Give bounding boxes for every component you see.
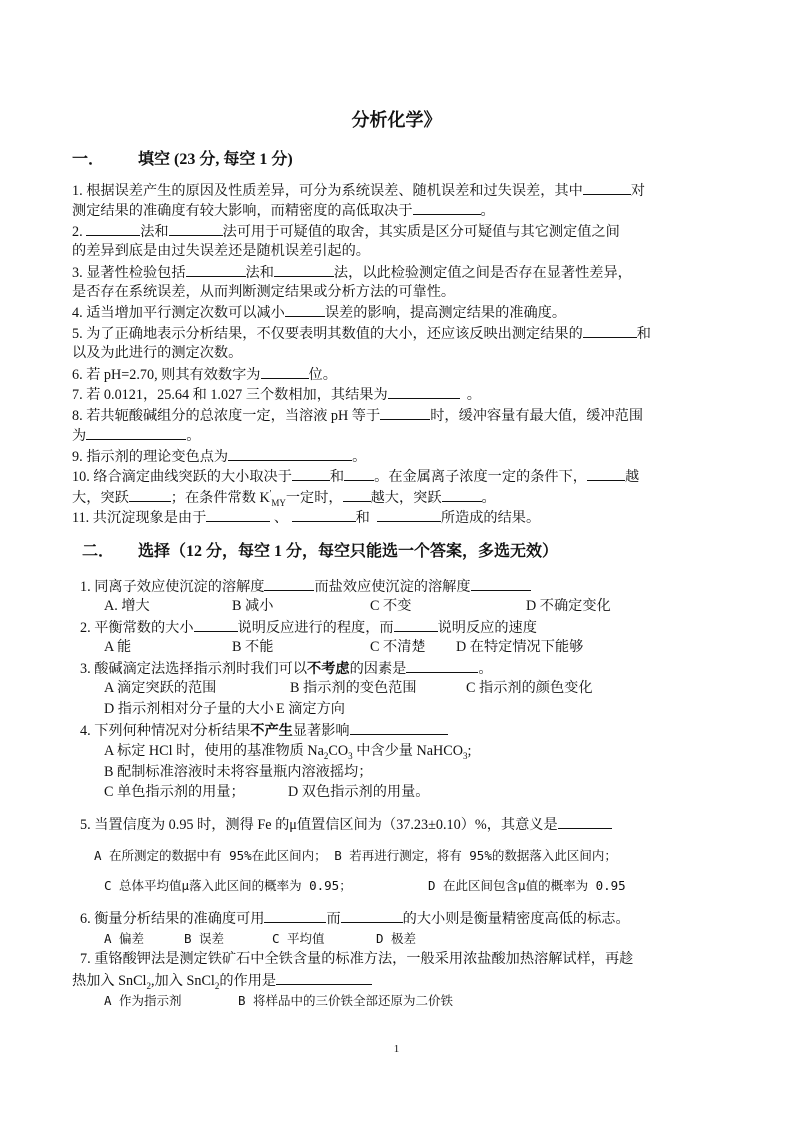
- answer-blank[interactable]: [388, 384, 460, 399]
- choice-q7-options: A 作为指示剂B 将样品中的三价铁全部还原为二价铁: [104, 991, 453, 1011]
- fill-q3-line1: 3. 显著性检验包括法和法，以此检验测定值之间是否存在显著性差异，: [72, 262, 632, 283]
- choice-q2-text: 说明反应的速度: [438, 620, 537, 636]
- choice-q3-options-row2: D 指示剂相对分子量的大小E 滴定方向: [104, 699, 345, 719]
- choice-q2-text: 说明反应进行的程度，而: [238, 620, 394, 636]
- answer-blank[interactable]: [206, 507, 270, 522]
- fill-q2-text: 法可用于可疑值的取舍，其实质是区分可疑值与其它测定值之间: [223, 224, 620, 240]
- fill-q11-text: 所造成的结果。: [441, 510, 540, 526]
- fill-q3-line2: 是否存在系统误差，从而判断测定结果或分析方法的可靠性。: [72, 282, 455, 302]
- option-d[interactable]: D 在此区间包含μ值的概率为 0.95: [428, 878, 626, 893]
- answer-blank[interactable]: [380, 405, 430, 420]
- choice-q5-options-row2: C 总体平均值μ落入此区间的概率为 0.95；D 在此区间包含μ值的概率为 0.…: [104, 876, 626, 896]
- fill-q1-line1: 1. 根据误差产生的原因及性质差异，可分为系统误差、随机误差和过失误差，其中对: [72, 180, 645, 201]
- choice-q6-stem: 6. 衡量分析结果的准确度可用而的大小则是衡量精密度高低的标志。: [80, 908, 630, 929]
- choice-q7-line2: 热加入 SnCl2,加入 SnCl2的作用是: [72, 970, 372, 991]
- answer-blank[interactable]: [194, 617, 238, 632]
- option-b[interactable]: B 误差: [184, 929, 272, 949]
- fill-q11-text: 11. 共沉淀现象是由于: [72, 510, 206, 526]
- answer-blank[interactable]: [442, 487, 482, 502]
- choice-q1-options: A. 增大B 减小C 不变D 不确定变化: [104, 596, 611, 616]
- fill-q10-text: 大，突跃: [72, 490, 129, 506]
- fill-q7: 7. 若 0.0121，25.64 和 1.027 三个数相加，其结果为 。: [72, 384, 481, 405]
- option-d[interactable]: D 双色指示剂的用量。: [288, 782, 429, 802]
- fill-q10-text: ；在条件常数 K: [171, 490, 270, 506]
- fill-q2-line1: 2. 法和法可用于可疑值的取舍，其实质是区分可疑值与其它测定值之间: [72, 221, 620, 242]
- section1-title: 填空 (23 分, 每空 1 分): [138, 151, 293, 168]
- fill-q2-text: 法和: [140, 224, 168, 240]
- fill-q5-line1: 5. 为了正确地表示分析结果，不仅要表明其数值的大小，还应该反映出测定结果的和: [72, 323, 651, 344]
- answer-blank[interactable]: [583, 180, 631, 195]
- option-b[interactable]: B 指示剂的变色范围: [290, 678, 466, 698]
- answer-blank[interactable]: [292, 507, 356, 522]
- choice-q4-options-row3: C 单色指示剂的用量；D 双色指示剂的用量。: [104, 782, 429, 802]
- choice-q1-text: 1. 同离子效应使沉淀的溶解度: [80, 579, 264, 595]
- fill-q4-text: 误差的影响，提高测定结果的准确度。: [325, 305, 566, 321]
- option-c[interactable]: C 单色指示剂的用量；: [104, 782, 288, 802]
- section2-heading: 二． 选择（12 分，每空 1 分，每空只能选一个答案，多选无效）: [82, 542, 558, 562]
- answer-blank[interactable]: [558, 814, 612, 829]
- fill-q8-text: 。: [186, 428, 200, 444]
- fill-q7-text: 7. 若 0.0121，25.64 和 1.027 三个数相加，其结果为: [72, 387, 388, 403]
- choice-q3-text: 的因素是: [350, 661, 407, 677]
- choice-q5-options-row1: A 在所测定的数据中有 95%在此区间内； B 若再进行测定，将有 95%的数据…: [94, 846, 617, 866]
- option-e[interactable]: E 滴定方向: [276, 699, 345, 719]
- fill-q10-line1: 10. 络合滴定曲线突跃的大小取决于和。在金属离子浓度一定的条件下，越: [72, 466, 639, 487]
- fill-q8-line1: 8. 若共轭酸碱组分的总浓度一定，当溶液 pH 等于时，缓冲容量有最大值，缓冲范…: [72, 405, 643, 426]
- choice-q3-emphasis: 不考虑: [307, 661, 350, 677]
- option-a[interactable]: A 在所测定的数据中有 95%在此区间内；: [94, 848, 327, 863]
- fill-q1-text: 1. 根据误差产生的原因及性质差异，可分为系统误差、随机误差和过失误差，其中: [72, 183, 583, 199]
- answer-blank[interactable]: [377, 507, 441, 522]
- section2-number: 二．: [82, 543, 114, 560]
- choice-q3-text: 3. 酸碱滴定法选择指示剂时我们可以: [80, 661, 307, 677]
- choice-q4-text: 显著影响: [293, 723, 350, 739]
- fill-q6-text: 6. 若 pH=2.70, 则其有效数字为: [72, 367, 261, 383]
- answer-blank[interactable]: [186, 262, 246, 277]
- choice-q7-text: 的作用是: [219, 973, 276, 989]
- choice-q7-line1: 7. 重铬酸钾法是测定铁矿石中全铁含量的标准方法，一般采用浓盐酸加热溶解试样，再…: [80, 949, 633, 969]
- answer-blank[interactable]: [261, 364, 309, 379]
- fill-q7-text: 。: [467, 387, 481, 403]
- fill-q11-text: 和: [356, 510, 370, 526]
- choice-q5-text: 5. 当置信度为 0.95 时，测得 Fe 的μ值置信区间为（37.23±0.1…: [80, 817, 558, 833]
- option-d[interactable]: D 指示剂相对分子量的大小: [104, 699, 276, 719]
- document-page: 分析化学》 一． 填空 (23 分, 每空 1 分) 1. 根据误差产生的原因及…: [0, 0, 793, 1122]
- fill-q6: 6. 若 pH=2.70, 则其有效数字为位。: [72, 364, 337, 385]
- answer-blank[interactable]: [285, 302, 325, 317]
- option-a-text: 中含少量 NaHCO: [353, 743, 463, 759]
- fill-q10-text: 越大，突跃: [371, 490, 442, 506]
- choice-q3-options-row1: A 滴定突跃的范围B 指示剂的变色范围C 指示剂的颜色变化: [104, 678, 593, 698]
- fill-q5-line2: 以及为此进行的测定次数。: [72, 343, 242, 363]
- choice-q1-stem: 1. 同离子效应使沉淀的溶解度而盐效应使沉淀的溶解度: [80, 576, 531, 597]
- answer-blank[interactable]: [341, 908, 403, 923]
- choice-q7-text: ,加入 SnCl: [151, 973, 215, 989]
- fill-q8-text: 8. 若共轭酸碱组分的总浓度一定，当溶液 pH 等于: [72, 408, 380, 424]
- fill-q3-text: 3. 显著性检验包括: [72, 265, 186, 281]
- fill-q11-text: 、: [274, 510, 288, 526]
- choice-q2-options: A 能B 不能C 不清楚D 在特定情况下能够: [104, 637, 583, 657]
- answer-blank[interactable]: [350, 720, 448, 735]
- choice-q4-text: 4. 下列何种情况对分析结果: [80, 723, 250, 739]
- option-a-text: A 标定 HCl 时，使用的基准物质 Na: [104, 743, 324, 759]
- option-a[interactable]: A 偏差: [104, 929, 184, 949]
- fill-q8-text: 时，缓冲容量有最大值，缓冲范围: [430, 408, 643, 424]
- answer-blank[interactable]: [343, 487, 371, 502]
- answer-blank[interactable]: [292, 466, 330, 481]
- answer-blank[interactable]: [344, 466, 374, 481]
- fill-q10-text: 和: [330, 469, 344, 485]
- answer-blank[interactable]: [264, 908, 326, 923]
- option-d[interactable]: D 在特定情况下能够: [456, 637, 583, 657]
- answer-blank[interactable]: [86, 221, 140, 236]
- fill-q9: 9. 指示剂的理论变色点为。: [72, 446, 366, 467]
- choice-q7-text: 热加入 SnCl: [72, 973, 147, 989]
- answer-blank[interactable]: [129, 487, 171, 502]
- answer-blank[interactable]: [276, 970, 372, 985]
- answer-blank[interactable]: [471, 576, 531, 591]
- fill-q11: 11. 共沉淀现象是由于 、 和 所造成的结果。: [72, 507, 540, 528]
- option-a[interactable]: A 能: [104, 637, 232, 657]
- fill-q4: 4. 适当增加平行测定次数可以减小误差的影响，提高测定结果的准确度。: [72, 302, 566, 323]
- fill-q5-text: 和: [637, 326, 651, 342]
- fill-q8-line2: 为。: [72, 425, 200, 446]
- choice-q4-stem: 4. 下列何种情况对分析结果不产生显著影响: [80, 720, 448, 741]
- choice-q5-stem: 5. 当置信度为 0.95 时，测得 Fe 的μ值置信区间为（37.23±0.1…: [80, 814, 612, 835]
- option-a[interactable]: A 作为指示剂: [104, 991, 238, 1011]
- option-d[interactable]: D 不确定变化: [526, 596, 611, 616]
- fill-q1-text: 测定结果的准确度有较大影响，而精密度的高低取决于: [72, 203, 413, 219]
- answer-blank[interactable]: [86, 425, 186, 440]
- fill-q6-text: 位。: [309, 367, 337, 383]
- fill-q9-text: 。: [352, 449, 366, 465]
- option-d[interactable]: D 极差: [376, 929, 416, 949]
- page-number: 1: [0, 1043, 793, 1055]
- option-a-text: CO: [328, 743, 348, 759]
- option-c[interactable]: C 平均值: [272, 929, 376, 949]
- option-a[interactable]: A. 增大: [104, 596, 232, 616]
- choice-q6-text: 而: [326, 911, 340, 927]
- fill-q10-text: 。在金属离子浓度一定的条件下，: [374, 469, 587, 485]
- choice-q2-text: 2. 平衡常数的大小: [80, 620, 194, 636]
- option-c[interactable]: C 指示剂的颜色变化: [466, 678, 593, 698]
- option-a[interactable]: A 标定 HCl 时，使用的基准物质 Na2CO3 中含少量 NaHCO3;: [104, 741, 471, 761]
- fill-q10-text: 。: [482, 490, 496, 506]
- fill-q10-text: 10. 络合滴定曲线突跃的大小取决于: [72, 469, 292, 485]
- fill-q3-text: 法，以此检验测定值之间是否存在显著性差异，: [334, 265, 632, 281]
- fill-q5-text: 5. 为了正确地表示分析结果，不仅要表明其数值的大小，还应该反映出测定结果的: [72, 326, 583, 342]
- fill-q1-line2: 测定结果的准确度有较大影响，而精密度的高低取决于。: [72, 200, 495, 221]
- fill-q8-text: 为: [72, 428, 86, 444]
- fill-q10-text: 一定时，: [286, 490, 343, 506]
- choice-q4-emphasis: 不产生: [250, 723, 293, 739]
- choice-q1-text: 而盐效应使沉淀的溶解度: [314, 579, 470, 595]
- fill-q2-text: 2.: [72, 224, 83, 240]
- fill-q9-text: 9. 指示剂的理论变色点为: [72, 449, 228, 465]
- option-b[interactable]: B 若再进行测定，将有 95%的数据落入此区间内；: [334, 848, 617, 863]
- fill-q3-text: 法和: [246, 265, 274, 281]
- fill-q1-text: 。: [481, 203, 495, 219]
- option-c[interactable]: C 不清楚: [370, 637, 456, 657]
- option-a[interactable]: A 滴定突跃的范围: [104, 678, 290, 698]
- option-b[interactable]: B 不能: [232, 637, 370, 657]
- answer-blank[interactable]: [583, 323, 637, 338]
- choice-q6-options: A 偏差B 误差C 平均值D 极差: [104, 929, 416, 949]
- answer-blank[interactable]: [274, 262, 334, 277]
- section2-title: 选择（12 分，每空 1 分，每空只能选一个答案，多选无效）: [138, 543, 558, 560]
- document-title: 分析化学》: [0, 106, 793, 132]
- choice-q6-text: 的大小则是衡量精密度高低的标志。: [403, 911, 630, 927]
- choice-q2-stem: 2. 平衡常数的大小说明反应进行的程度，而说明反应的速度: [80, 617, 537, 638]
- fill-q2-line2: 的差异到底是由过失误差还是随机误差引起的。: [72, 241, 370, 261]
- fill-q4-text: 4. 适当增加平行测定次数可以减小: [72, 305, 285, 321]
- option-b[interactable]: B 配制标准溶液时未将容量瓶内溶液摇均；: [104, 762, 372, 782]
- answer-blank[interactable]: [394, 617, 438, 632]
- option-a-text: ;: [467, 743, 471, 759]
- choice-q3-text: 。: [478, 661, 492, 677]
- choice-q6-text: 6. 衡量分析结果的准确度可用: [80, 911, 264, 927]
- option-b[interactable]: B 将样品中的三价铁全部还原为二价铁: [238, 991, 453, 1011]
- section1-heading: 一． 填空 (23 分, 每空 1 分): [72, 150, 293, 170]
- answer-blank[interactable]: [169, 221, 223, 236]
- choice-q3-stem: 3. 酸碱滴定法选择指示剂时我们可以不考虑的因素是。: [80, 658, 493, 679]
- fill-q1-text: 对: [631, 183, 645, 199]
- option-c[interactable]: C 不变: [370, 596, 526, 616]
- fill-q10-text: 越: [625, 469, 639, 485]
- option-c[interactable]: C 总体平均值μ落入此区间的概率为 0.95；: [104, 876, 428, 896]
- fill-q10-line2: 大，突跃；在条件常数 K'MY一定时，越大，突跃。: [72, 487, 496, 508]
- answer-blank[interactable]: [587, 466, 625, 481]
- answer-blank[interactable]: [228, 446, 352, 461]
- section1-number: 一．: [72, 151, 104, 168]
- answer-blank[interactable]: [413, 200, 481, 215]
- answer-blank[interactable]: [406, 658, 478, 673]
- option-b[interactable]: B 减小: [232, 596, 370, 616]
- answer-blank[interactable]: [264, 576, 314, 591]
